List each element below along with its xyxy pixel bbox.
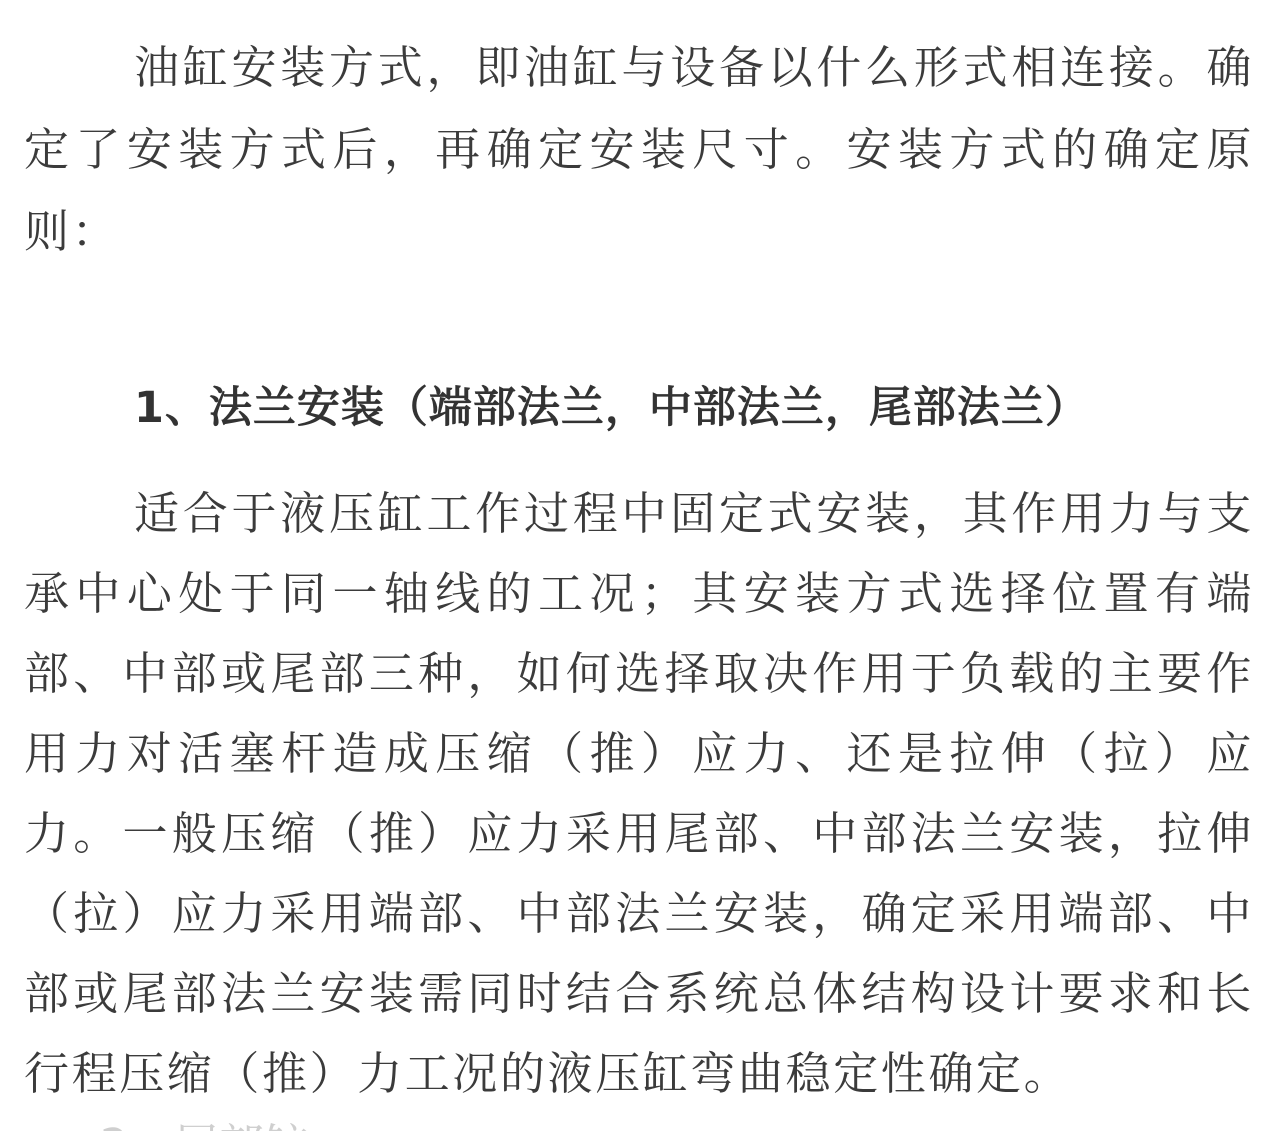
section-heading-flange-mounting: 1、法兰安装（端部法兰，中部法兰，尾部法兰）: [134, 380, 1144, 436]
section-paragraph-line-4: 用力对活塞杆造成压缩（推）应力、还是拉伸（拉）应: [24, 726, 1254, 782]
intro-paragraph-line-2: 定了安装方式后，再确定安装尺寸。安装方式的确定原: [24, 122, 1254, 178]
section-paragraph-line-6: （拉）应力采用端部、中部法兰安装，确定采用端部、中: [24, 886, 1254, 942]
section-paragraph-line-3: 部、中部或尾部三种，如何选择取决作用于负载的主要作: [24, 646, 1254, 702]
section-paragraph-line-5: 力。一般压缩（推）应力采用尾部、中部法兰安装，拉伸: [24, 806, 1254, 862]
truncated-next-heading: 2、尾部铰: [100, 1118, 350, 1131]
intro-paragraph-line-3: 则：: [24, 204, 1254, 260]
article-body: 油缸安装方式，即油缸与设备以什么形式相连接。确 定了安装方式后，再确定安装尺寸。…: [0, 0, 1277, 1131]
section-paragraph-line-7: 部或尾部法兰安装需同时结合系统总体结构设计要求和长: [24, 966, 1254, 1022]
section-paragraph-line-8: 行程压缩（推）力工况的液压缸弯曲稳定性确定。: [24, 1046, 1254, 1102]
intro-paragraph-line-1: 油缸安装方式，即油缸与设备以什么形式相连接。确: [134, 40, 1254, 96]
section-paragraph-line-1: 适合于液压缸工作过程中固定式安装，其作用力与支: [134, 486, 1254, 542]
section-paragraph-line-2: 承中心处于同一轴线的工况；其安装方式选择位置有端: [24, 566, 1254, 622]
